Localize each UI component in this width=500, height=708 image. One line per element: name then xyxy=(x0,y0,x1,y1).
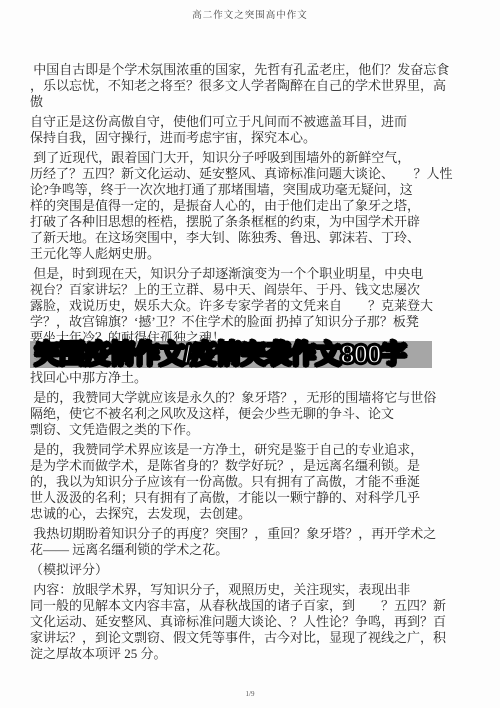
text-line: 文化运动、延安整风、真谛标准问题大谈论、？人性论？争鸣，再到？百 xyxy=(30,614,472,630)
paragraph: 内容：放眼学术界，写知识分子，观照历史，关注现实，表现出非同一般的见解本文内容丰… xyxy=(30,582,472,662)
text-line: 世人汲汲的名利；只有拥有了高傲，才能以一颗宁静的、对科学几乎 xyxy=(30,490,472,506)
paragraph: 我热切期盼着知识分子的再度？突围？，重回？象牙塔？，再开学术之花—— 远离名缰利… xyxy=(30,526,472,558)
headline-banner-text: 突围疫情作文/疫情突袭作文800字 xyxy=(34,341,464,368)
paragraph: 是的，我赞同学术界应该是一方净土，研究是鉴于自己的专业追求，是为学术而做学术，是… xyxy=(30,442,472,522)
text-line: 淀之厚故本项评 25 分。 xyxy=(30,646,472,662)
text-line: 论?争鸣等，终于一次次地打通了那堵围墙，突围成功毫无疑问，这 xyxy=(30,182,472,198)
text-line: 家讲坛？，到论文剽窃、假文凭等事件，古今对比，显现了视线之广，积 xyxy=(30,630,472,646)
text-line: 花—— 远离名缰利锁的学术之花。 xyxy=(30,542,472,558)
document-page: 高二作文之突围高中作文 中国自古即是个学术氛围浓重的国家，先哲有孔孟老庄，他们？… xyxy=(0,0,500,708)
text-line: 是为学术而做学术，是陈省身的？数学好玩？，是远离名缰利锁。是 xyxy=(30,458,472,474)
text-line: 学？，故宫锦旗？‘撼’卫？不住学术的脸面 扔掉了知识分子那？板凳 xyxy=(30,314,472,330)
text-line: 历经了？五四？新文化运动、延安整风、真谛标准问题大谈论、 ？人性 xyxy=(30,166,472,182)
text-line: 的，我以为知识分子应该有一份高傲。只有拥有了高傲，才能不垂涎 xyxy=(30,474,472,490)
text-line: 是的，我赞同大学就应该是永久的？象牙塔？，无形的围墙将它与世俗 xyxy=(30,390,472,406)
paragraph: 但是，时到现在天，知识分子却逐渐演变为一个个职业明星，中央电视台？百家讲坛？上的… xyxy=(30,266,472,346)
text-line: 到了近现代，跟着国门大开，知识分子呼吸到围墙外的新鲜空气， xyxy=(30,150,472,166)
paragraph: 是的，我赞同大学就应该是永久的？象牙塔？，无形的围墙将它与世俗隔绝，使它不被名利… xyxy=(30,390,472,438)
text-line: 是的，我赞同学术界应该是一方净土，研究是鉴于自己的专业追求， xyxy=(30,442,472,458)
document-header-title: 高二作文之突围高中作文 xyxy=(0,7,500,21)
paragraph: 找回心中那方净土。 xyxy=(30,370,472,386)
text-line: 但是，时到现在天，知识分子却逐渐演变为一个个职业明星，中央电 xyxy=(30,266,472,282)
page-number: 1/9 xyxy=(0,690,500,698)
text-line: 了新天地。在这场突围中，李大钊、陈独秀、鲁迅、郭沫若、丁玲、 xyxy=(30,230,472,246)
text-line: （模拟评分） xyxy=(30,562,472,578)
headline-banner: 突围疫情作文/疫情突袭作文800字 xyxy=(30,341,432,368)
text-line: 内容：放眼学术界，写知识分子，观照历史，关注现实，表现出非 xyxy=(30,582,472,598)
text-line: 剽窃、文凭造假之类的下作。 xyxy=(30,422,472,438)
text-line: 我热切期盼着知识分子的再度？突围？，重回？象牙塔？，再开学术之 xyxy=(30,526,472,542)
text-line: 中国自古即是个学术氛围浓重的国家，先哲有孔孟老庄，他们？发奋忘食 xyxy=(30,62,472,78)
text-line: 找回心中那方净土。 xyxy=(30,370,472,386)
text-line: 傲 xyxy=(30,94,472,110)
text-line: 保持自我，固守操行，进而考虑宇宙，探究本心。 xyxy=(30,130,472,146)
text-line: 打破了各种旧思想的桎梏，摆脱了条条框框的约束，为中国学术开辟 xyxy=(30,214,472,230)
text-line: 自守正是这份高傲自守，使他们可立于凡间而不被遮盖耳目，进而 xyxy=(30,114,472,130)
text-line: 王元化等人彪炳史册。 xyxy=(30,246,472,262)
text-line: 露脸，戏说历史，娱乐大众。许多专家学者的文凭来自 ？克莱登大 xyxy=(30,298,472,314)
text-line: 样的突围是值得一定的，是振奋人心的，由于他们走出了象牙之塔， xyxy=(30,198,472,214)
text-line: 同一般的见解本文内容丰富，从春秋战国的诸子百家，到 ？五四？新 xyxy=(30,598,472,614)
text-line: 隔绝，使它不被名利之风吹及这样，便会少些无聊的争斗、论文 xyxy=(30,406,472,422)
text-line: 视台？百家讲坛？上的王立群、易中天、阎崇年、于丹、钱文忠屡次 xyxy=(30,282,472,298)
text-line: 忠诚的心，去探究，去发现，去创建。 xyxy=(30,506,472,522)
paragraph: （模拟评分） xyxy=(30,562,472,578)
paragraph: 自守正是这份高傲自守，使他们可立于凡间而不被遮盖耳目，进而保持自我，固守操行，进… xyxy=(30,114,472,146)
paragraph: 到了近现代，跟着国门大开，知识分子呼吸到围墙外的新鲜空气，历经了？五四？新文化运… xyxy=(30,150,472,262)
text-line: ，乐以忘忧，不知老之将至？很多文人学者陶醉在自己的学术世界里，高 xyxy=(30,78,472,94)
paragraph: 中国自古即是个学术氛围浓重的国家，先哲有孔孟老庄，他们？发奋忘食，乐以忘忧，不知… xyxy=(30,62,472,110)
